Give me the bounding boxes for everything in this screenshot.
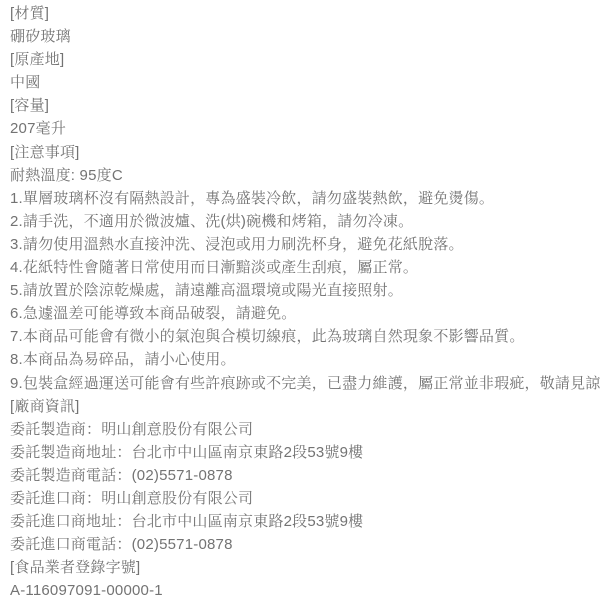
notice-item: 6.急遽溫差可能導致本商品破裂，請避免。 xyxy=(10,302,592,325)
capacity-value: 207毫升 xyxy=(10,117,592,140)
heat-tolerance-value: 耐熱溫度: 95度C xyxy=(10,164,592,187)
notice-item: 3.請勿使用溫熱水直接沖洗、浸泡或用力刷洗杯身，避免花紙脫落。 xyxy=(10,233,592,256)
notice-item: 1.單層玻璃杯沒有隔熱設計，專為盛裝冷飲，請勿盛裝熱飲，避免燙傷。 xyxy=(10,187,592,210)
capacity-section-label: [容量] xyxy=(10,94,592,117)
vendor-importer: 委託進口商：明山創意股份有限公司 xyxy=(10,487,592,510)
notice-item: 8.本商品為易碎品，請小心使用。 xyxy=(10,348,592,371)
vendor-importer-phone: 委託進口商電話：(02)5571-0878 xyxy=(10,533,592,556)
notice-item: 4.花紙特性會隨著日常使用而日漸黯淡或產生刮痕，屬正常。 xyxy=(10,256,592,279)
origin-value: 中國 xyxy=(10,71,592,94)
notice-item: 2.請手洗，不適用於微波爐、洗(烘)碗機和烤箱，請勿冷凍。 xyxy=(10,210,592,233)
registration-number: A-116097091-00000-1 xyxy=(10,579,592,600)
registration-section-label: [食品業者登錄字號] xyxy=(10,556,592,579)
origin-section-label: [原產地] xyxy=(10,48,592,71)
material-section-label: [材質] xyxy=(10,2,592,25)
vendor-section-label: [廠商資訊] xyxy=(10,395,592,418)
notice-item: 7.本商品可能會有微小的氣泡與合模切線痕，此為玻璃自然現象不影響品質。 xyxy=(10,325,592,348)
product-description: [材質] 硼矽玻璃 [原產地] 中國 [容量] 207毫升 [注意事項] 耐熱溫… xyxy=(0,0,600,600)
notice-section-label: [注意事項] xyxy=(10,141,592,164)
notice-item: 9.包裝盒經過運送可能會有些許痕跡或不完美，已盡力維護，屬正常並非瑕疵，敬請見諒… xyxy=(10,372,592,395)
vendor-manufacturer-phone: 委託製造商電話：(02)5571-0878 xyxy=(10,464,592,487)
vendor-manufacturer-address: 委託製造商地址：台北市中山區南京東路2段53號9樓 xyxy=(10,441,592,464)
vendor-importer-address: 委託進口商地址：台北市中山區南京東路2段53號9樓 xyxy=(10,510,592,533)
vendor-manufacturer: 委託製造商：明山創意股份有限公司 xyxy=(10,418,592,441)
notice-item: 5.請放置於陰涼乾燥處，請遠離高溫環境或陽光直接照射。 xyxy=(10,279,592,302)
material-value: 硼矽玻璃 xyxy=(10,25,592,48)
